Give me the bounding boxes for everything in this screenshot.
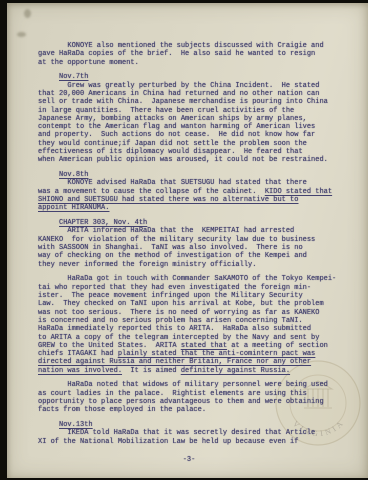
scan-background: VIRGINIA KONOYE also mentioned the subje… — [0, 0, 368, 480]
text-segment: at the opportune moment. — [38, 59, 139, 67]
text-line: when American public opinion was aroused… — [38, 156, 340, 164]
text-segment: HaRaDa got in touch with Commander SaKAM… — [38, 275, 336, 283]
text-line: ARITA informed HaRaDa that the KEMPEITAI… — [38, 227, 340, 235]
text-segment: XI of the National Mobilization Law be h… — [38, 438, 298, 446]
paragraph: ARITA informed HaRaDa that the KEMPEITAI… — [38, 227, 340, 268]
text-segment: HaRaDa noted that widows of military per… — [38, 381, 328, 389]
text-line: facts from those employed in the palace. — [38, 406, 340, 414]
text-line: way of checking on the method of investi… — [38, 252, 340, 260]
text-segment — [38, 421, 59, 429]
text-line: was a movement to cause the collapse of … — [38, 188, 340, 196]
text-segment: gave HaRaDa copies of the brief. He also… — [38, 50, 315, 58]
text-segment: chiefs ITAGAKI had — [38, 350, 118, 358]
document-text: KONOYE also mentioned the subjects discu… — [38, 42, 340, 446]
text-segment: IKEDA told HaRaDa that it was secretly d… — [38, 429, 315, 437]
text-line: HaRaDa immediately reported this to ARIT… — [38, 325, 340, 333]
text-segment: sell or trade with China. Japanese merch… — [38, 98, 328, 106]
underlined-text: appoint HIRANUMA. — [38, 204, 109, 212]
text-segment: at a meeting of section — [227, 342, 328, 350]
text-segment: and property. Such actions do not cease.… — [38, 131, 315, 139]
pencil-mark — [17, 32, 26, 37]
text-segment: was not too serious. There is no need of… — [38, 309, 319, 317]
text-segment: was a movement to cause the collapse of … — [38, 188, 265, 196]
text-segment: GREW to the United States. ARITA — [38, 342, 181, 350]
text-line: HaRaDa noted that widows of military per… — [38, 381, 340, 389]
underlined-text: stated that — [181, 342, 227, 350]
text-segment: effectiveness of its diplomacy would dis… — [38, 148, 303, 156]
text-line: Japanese Army, bombing attacks on Americ… — [38, 115, 340, 123]
text-segment: in large quantities. There have been cru… — [38, 107, 294, 115]
underlined-text: Nov.13th — [59, 421, 93, 429]
text-line: KONOYE advised HaRaDa that SUETSUGU had … — [38, 179, 340, 187]
text-segment: contempt to the American flag and wanton… — [38, 123, 315, 131]
text-line: sell or trade with China. Japanese merch… — [38, 98, 340, 106]
paragraph: HaRaDa noted that widows of military per… — [38, 381, 340, 414]
underlined-text: SHIONO and SUETSUGU had stated there was… — [38, 196, 298, 204]
paragraph: KONOYE also mentioned the subjects discu… — [38, 42, 340, 67]
text-segment — [38, 171, 59, 179]
text-line: IKEDA told HaRaDa that it was secretly d… — [38, 429, 340, 437]
underlined-text: nation was involved. — [38, 367, 122, 375]
text-segment: they never informed the foreign ministry… — [38, 261, 256, 269]
text-segment: as court ladies in the palace. Rightist … — [38, 390, 307, 398]
paragraph: IKEDA told HaRaDa that it was secretly d… — [38, 429, 340, 446]
underlined-text: directed against Russia and neither Brit… — [38, 358, 311, 366]
text-segment — [38, 219, 59, 227]
text-line: Nov.7th — [38, 73, 340, 81]
text-line: Law. They checked on TaNI upon his arriv… — [38, 300, 340, 308]
paragraph: KONOYE advised HaRaDa that SUETSUGU had … — [38, 179, 340, 212]
text-line: gave HaRaDa copies of the brief. He also… — [38, 50, 340, 58]
text-segment: Law. They checked on TaNI upon his arriv… — [38, 300, 324, 308]
text-line: they never informed the foreign ministry… — [38, 261, 340, 269]
text-segment: to ARITA a copy of the telegram intercep… — [38, 334, 319, 342]
text-segment: ARITA informed HaRaDa that the KEMPEITAI… — [38, 227, 294, 235]
text-segment: that 20,000 Americans in China had retur… — [38, 90, 319, 98]
underlined-text: KIDO stated that — [265, 188, 332, 196]
text-segment: It is aimed — [122, 367, 181, 375]
text-segment: Japanese Army, bombing attacks on Americ… — [38, 115, 307, 123]
text-line: at the opportune moment. — [38, 59, 340, 67]
text-line: Grew was greatly perturbed by the China … — [38, 82, 340, 90]
text-segment: Grew was greatly perturbed by the China … — [38, 82, 319, 90]
text-line: tai who reported that they had even inve… — [38, 284, 340, 292]
text-line: directed against Russia and neither Brit… — [38, 358, 340, 366]
text-segment: KONOYE also mentioned the subjects discu… — [38, 42, 324, 50]
text-segment: tai who reported that they had even inve… — [38, 284, 311, 292]
text-line: was not too serious. There is no need of… — [38, 309, 340, 317]
text-line: as court ladies in the palace. Rightist … — [38, 390, 340, 398]
pencil-mark — [24, 9, 31, 18]
paper: VIRGINIA KONOYE also mentioned the subje… — [7, 3, 368, 478]
text-line: XI of the National Mobilization Law be h… — [38, 438, 340, 446]
text-line: to ARITA a copy of the telegram intercep… — [38, 334, 340, 342]
underlined-text: Nov.7th — [59, 73, 88, 81]
text-line: they would continue;if Japan did not set… — [38, 140, 340, 148]
text-segment — [38, 73, 59, 81]
text-line: in large quantities. There have been cru… — [38, 107, 340, 115]
text-line: nation was involved. It is aimed definit… — [38, 367, 340, 375]
page-number: -3- — [38, 456, 340, 464]
underlined-text: plainly stated that the anti-comintern p… — [118, 350, 315, 358]
text-segment: with SASSOON in Shanghai. TaNI was also … — [38, 244, 303, 252]
text-line: HaRaDa got in touch with Commander SaKAM… — [38, 275, 340, 283]
underlined-text: Nov.8th — [59, 171, 88, 179]
underlined-text: definitely against Russia. — [181, 367, 290, 375]
text-segment: opportunity to place persons advantageou… — [38, 398, 324, 406]
text-line: KANEKO for violation of the military sec… — [38, 236, 340, 244]
text-line: GREW to the United States. ARITA stated … — [38, 342, 340, 350]
text-segment: is concerned and no serious problem has … — [38, 317, 303, 325]
text-segment: way of checking on the method of investi… — [38, 252, 307, 260]
text-segment: KANEKO for violation of the military sec… — [38, 236, 315, 244]
text-segment: they would continue;if Japan did not set… — [38, 140, 307, 148]
text-line: is concerned and no serious problem has … — [38, 317, 340, 325]
text-segment: HaRaDa immediately reported this to ARIT… — [38, 325, 311, 333]
paragraph: Grew was greatly perturbed by the China … — [38, 82, 340, 165]
date-heading: Nov.7th — [38, 73, 340, 81]
underlined-text: CHAPTER 303, Nov. 4th — [59, 219, 147, 227]
text-segment: facts from those employed in the palace. — [38, 406, 206, 414]
text-segment: ister. The peace movement infringed upon… — [38, 292, 303, 300]
text-line: and property. Such actions do not cease.… — [38, 131, 340, 139]
text-segment: KONOYE advised HaRaDa that SUETSUGU had … — [38, 179, 307, 187]
text-segment: when American public opinion was aroused… — [38, 156, 328, 164]
paragraph: HaRaDa got in touch with Commander SaKAM… — [38, 275, 340, 375]
text-line: appoint HIRANUMA. — [38, 204, 340, 212]
